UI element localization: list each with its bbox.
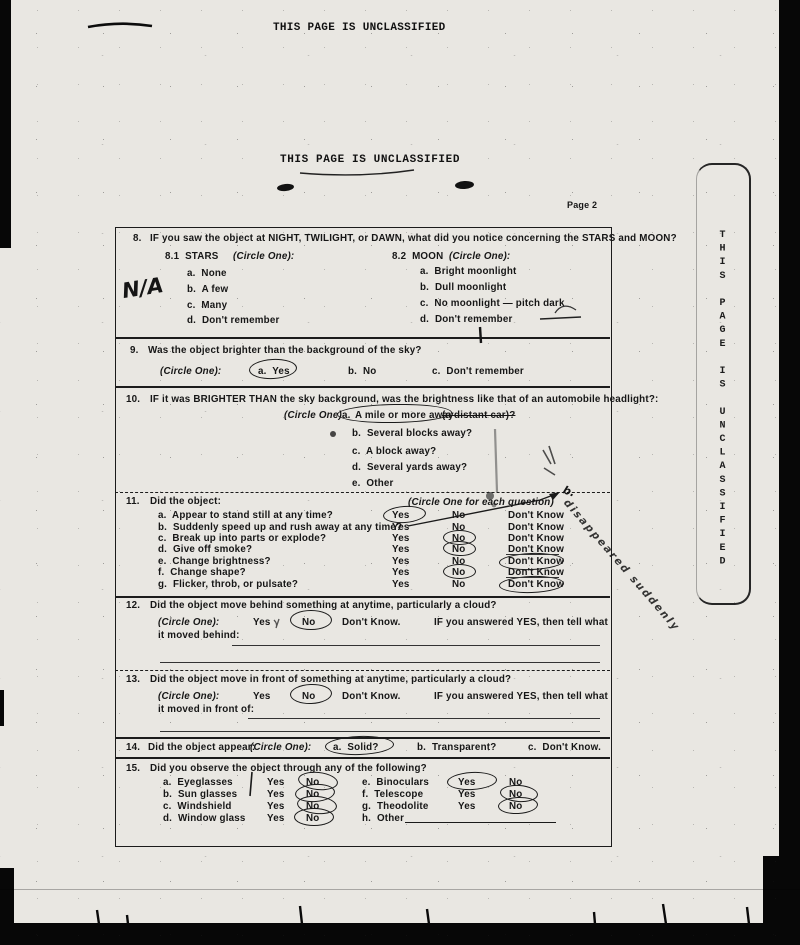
q8-stars-label: 8.1 STARS [165,251,219,262]
q15-item: d. Window glass [163,813,246,824]
q11-yes: Yes [392,567,410,578]
unclassified-stamp-top: THIS PAGE IS UNCLASSIFIED [273,22,446,34]
q13-tail2: it moved in front of: [158,704,254,715]
scanned-page: THIS PAGE IS UNCLASSIFIED THIS PAGE IS U… [0,0,800,945]
q11-yes: Yes [392,522,410,533]
q10-option-a-struck: (a distant car)? [442,410,515,421]
q13-yes: Yes [253,691,271,702]
q10-option: c. A block away? [352,446,436,457]
q8-stars-option: c. Many [187,300,227,311]
q10-option: b. Several blocks away? [352,428,472,439]
q8-stars-circle-one: (Circle One): [233,251,294,262]
q15-yes: Yes [458,801,476,812]
q14-circle-one: (Circle One): [250,742,311,753]
q12-yes: Yes [253,617,271,628]
q12-tail2: it moved behind: [158,630,240,641]
q10-circle-one: (Circle One) [284,410,342,421]
q8-stars-option: a. None [187,268,227,279]
page-number: Page 2 [567,200,597,210]
q11-row-label: b. Suddenly speed up and rush away at an… [158,522,402,533]
q8-moon-option: a. Bright moonlight [420,266,517,277]
q11-question: Did the object: [150,496,221,507]
q15-question: Did you observe the object through any o… [150,763,427,774]
q15-other-line [405,822,556,823]
q8-moon-label: 8.2 MOON [392,251,443,262]
q8-moon-option: d. Don't remember [420,314,513,325]
q15-item: b. Sun glasses [163,789,237,800]
ink-smudge [277,183,295,192]
q11-row-label: a. Appear to stand still at any time? [158,510,333,521]
q11-row-label: e. Change brightness? [158,556,271,567]
q9-option-dont-remember: c. Don't remember [432,366,524,377]
q11-row-label: f. Change shape? [158,567,246,578]
stamp-underline [300,170,414,175]
q9-question: Was the object brighter than the backgro… [148,345,422,356]
q13-circle-one: (Circle One): [158,691,219,702]
q15-yes: Yes [267,777,285,788]
q15-item: f. Telescope [362,789,423,800]
q11-circle-one: (Circle One for each question) [408,497,554,508]
scan-blot-bottom-left [0,868,14,928]
q13-tail: IF you answered YES, then tell what [434,691,608,702]
q11-yes: Yes [392,556,410,567]
q14-option-dont-know: c. Don't Know. [528,742,601,753]
q11-yes: Yes [392,544,410,555]
q12-dont-know: Don't Know. [342,617,401,628]
answer-circle-q12-no [290,610,332,630]
q8-moon-circle-one: (Circle One): [449,251,510,262]
q13-number: 13. [126,674,140,685]
scan-edge-left-nub [0,690,4,726]
write-in-line [232,645,600,646]
scan-blot-bottom-right [763,856,800,926]
answer-circle-q15d-no [294,808,334,826]
scan-edge-right [779,0,800,945]
q15-item: e. Binoculars [362,777,429,788]
write-in-line [248,718,600,719]
q15-yes: Yes [458,789,476,800]
q15-yes: Yes [267,801,285,812]
ink-smudge [455,180,475,189]
q11-number: 11. [126,496,140,507]
q15-item-other: h. Other [362,813,404,824]
q11-dont-know: Don't Know [508,510,564,521]
q10-option: e. Other [352,478,394,489]
underline-q11f-dk [506,577,559,578]
q11-dont-know: Don't Know [508,533,564,544]
scan-edge-left [0,0,11,248]
scan-mark [88,24,152,27]
q8-moon-option: c. No moonlight — pitch dark [420,298,565,309]
q15-yes: Yes [267,789,285,800]
q11-no: No [452,510,465,521]
q11-yes: Yes [392,579,410,590]
q12-question: Did the object move behind something at … [150,600,497,611]
q8-stars-option: d. Don't remember [187,315,280,326]
q8-question: IF you saw the object at NIGHT, TWILIGHT… [150,233,677,244]
q14-option-transparent: b. Transparent? [417,742,496,753]
q15-item: a. Eyeglasses [163,777,233,788]
write-in-line [160,662,600,663]
write-in-line [160,731,600,732]
q14-question: Did the object appear: [148,742,255,753]
q13-dont-know: Don't Know. [342,691,401,702]
q8-number: 8. [133,233,142,244]
q12-circle-one: (Circle One): [158,617,219,628]
q11-row-label: c. Break up into parts or explode? [158,533,326,544]
unclassified-stamp-mid: THIS PAGE IS UNCLASSIFIED [280,154,460,166]
q10-number: 10. [126,394,140,405]
q11-yes: Yes [392,533,410,544]
scan-ticks [97,904,749,924]
q12-number: 12. [126,600,140,611]
scan-crease-line [0,889,800,890]
q14-number: 14. [126,742,140,753]
scan-edge-bottom [0,923,800,945]
q9-circle-one: (Circle One): [160,366,221,377]
q11-row-label: g. Flicker, throb, or pulsate? [158,579,298,590]
unclassified-stamp-side: THIS PAGE IS UNCLASSIFIED [717,230,728,570]
q8-stars-option: b. A few [187,284,228,295]
answer-circle-q11f-no [443,564,476,579]
q10-option: d. Several yards away? [352,462,467,473]
q15-item: c. Windshield [163,801,232,812]
q8-moon-option: b. Dull moonlight [420,282,506,293]
q11-no: No [452,579,465,590]
q12-tail: IF you answered YES, then tell what [434,617,608,628]
q11-row-label: d. Give off smoke? [158,544,252,555]
q9-option-no: b. No [348,366,376,377]
q15-yes: Yes [267,813,285,824]
q15-item: g. Theodolite [362,801,428,812]
q13-question: Did the object move in front of somethin… [150,674,511,685]
q15-number: 15. [126,763,140,774]
underline-q11d-dk [506,554,559,555]
q11-dont-know: Don't Know [508,522,564,533]
q9-number: 9. [130,345,139,356]
